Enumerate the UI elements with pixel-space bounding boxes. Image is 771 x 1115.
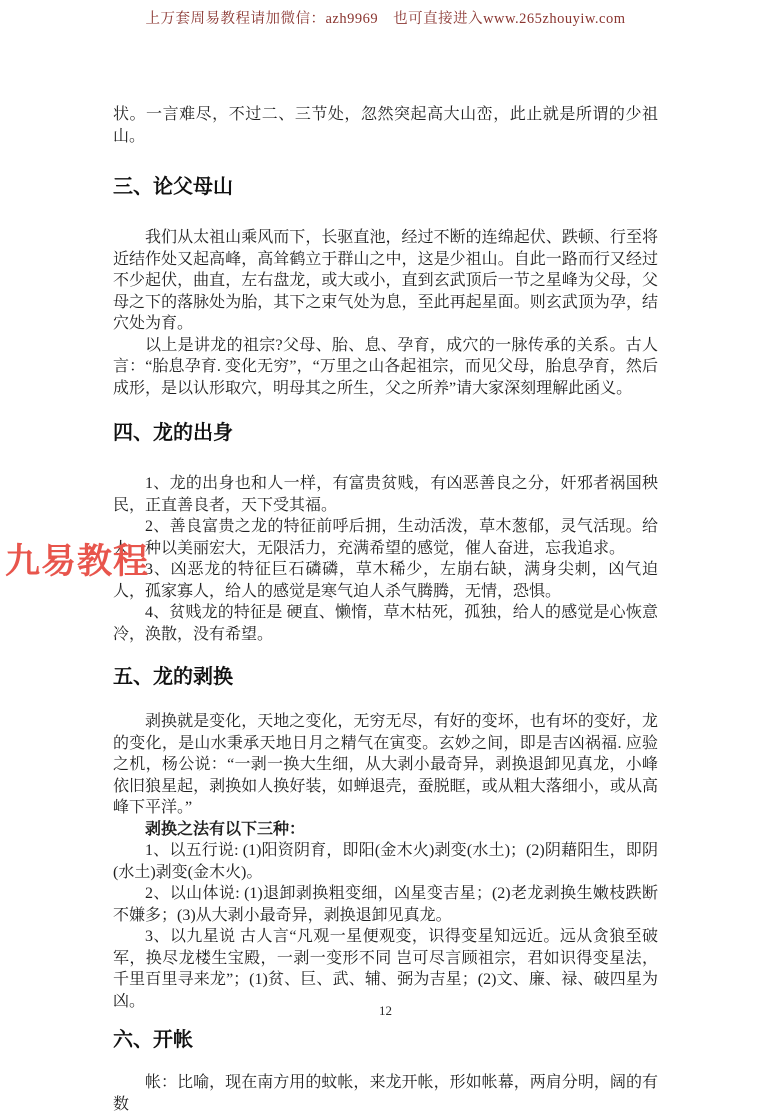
section-4-heading: 四、龙的出身 — [113, 419, 658, 447]
document-content: 状。一言难尽，不过二、三节处，忽然突起高大山峦，此止就是所谓的少祖山。 三、论父… — [113, 0, 658, 1115]
list-item-paragraph: 1、龙的出身也和人一样，有富贵贫贱，有凶恶善良之分，奸邪者祸国秧民，正直善良者，… — [113, 473, 658, 516]
watermark-text: 九易教程 — [5, 541, 149, 583]
paragraph: 帐：比喻，现在南方用的蚊帐，来龙开帐，形如帐幕，两肩分明，阔的有数 — [113, 1072, 658, 1115]
list-item-paragraph: 4、贫贱龙的特征是 硬直、懒惰，草木枯死，孤独，给人的感觉是心恢意冷，涣散，没有… — [113, 602, 658, 645]
list-item-paragraph: 2、以山体说: (1)退卸剥换粗变细，凶星变吉星；(2)老龙剥换生嫩枝跌断不嫌多… — [113, 883, 658, 926]
document-page: 上万套周易教程请加微信：azh9969 也可直接进入www.265zhouyiw… — [0, 0, 771, 1115]
list-item-paragraph: 3、凶恶龙的特征巨石磷磷，草木稀少，左崩右缺，满身尖刺，凶气迫人，孤家寡人，给人… — [113, 559, 658, 602]
section-3-heading: 三、论父母山 — [113, 173, 658, 201]
list-item-paragraph: 1、以五行说: (1)阳资阴育，即阳(金木火)剥变(水土)；(2)阴藉阳生，即阴… — [113, 840, 658, 883]
paragraph: 以上是讲龙的祖宗?父母、胎、息、孕育，成穴的一脉传承的关系。古人言：“胎息孕育.… — [113, 335, 658, 400]
continuation-paragraph: 状。一言难尽，不过二、三节处，忽然突起高大山峦，此止就是所谓的少祖山。 — [113, 104, 658, 147]
page-number: 12 — [0, 1003, 771, 1019]
paragraph: 剥换就是变化，天地之变化，无穷无尽，有好的变坏，也有坏的变好，龙的变化，是山水秉… — [113, 711, 658, 819]
paragraph: 我们从太祖山乘风而下，长驱直池，经过不断的连绵起伏、跌顿、行至将近结作处又起高峰… — [113, 227, 658, 335]
section-5-heading: 五、龙的剥换 — [113, 663, 658, 691]
list-item-paragraph: 3、以九星说 古人言“凡观一星便观变，识得变星知远近。远从贪狼至破军，换尽龙楼生… — [113, 926, 658, 1012]
list-item-paragraph: 2、善良富贵之龙的特征前呼后拥，生动活泼，草木葱郁，灵气活现。给人一种以美丽宏大… — [113, 516, 658, 559]
paragraph-emphasis: 剥换之法有以下三种： — [113, 819, 658, 841]
section-6-heading: 六、开帐 — [113, 1026, 658, 1054]
